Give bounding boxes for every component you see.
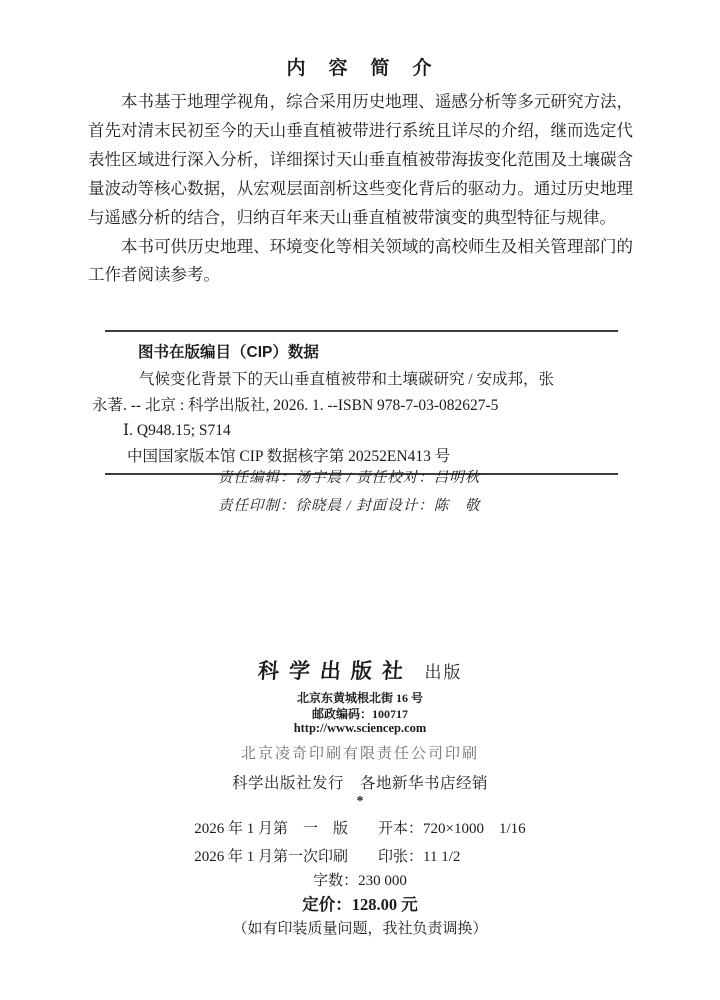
- staff-credits: 责任编辑：汤宇晨 / 责任校对：吕明秋 责任印制：徐晓晨 / 封面设计：陈 敬: [218, 464, 480, 520]
- cip-classification-line: Ⅰ. Q948.15; S714: [123, 418, 618, 444]
- separator-asterisk: *: [0, 794, 720, 810]
- science-press-logo: 科学出版社: [256, 655, 413, 685]
- intro-paragraph-2: 本书可供历史地理、环境变化等相关领域的高校师生及相关管理部门的工作者阅读参考。: [88, 233, 633, 291]
- word-count-line: 字数：230 000: [0, 869, 720, 890]
- publisher-postcode: 邮政编码：100717: [0, 705, 720, 722]
- publisher-address: 北京东黄城根北街 16 号: [0, 689, 720, 706]
- impression-line: 2026 年 1 月第一次印刷 印张：11 1/2: [194, 843, 525, 871]
- publisher-logo-line: 科学出版社 出版: [0, 655, 720, 685]
- publish-label: 出版: [425, 663, 463, 682]
- credits-printing-line: 责任印制：徐晓晨 / 封面设计：陈 敬: [218, 492, 480, 520]
- cip-publisher-isbn-line: 永著. -- 北京 : 科学出版社, 2026. 1. --ISBN 978-7…: [92, 393, 618, 419]
- printer-name: 北京凌奇印刷有限责任公司印刷: [0, 742, 720, 763]
- distribution-line: 科学出版社发行 各地新华书店经销: [0, 771, 720, 793]
- copyright-page: 内 容 简 介 本书基于地理学视角，综合采用历史地理、遥感分析等多元研究方法，首…: [0, 0, 720, 1000]
- quality-note-line: （如有印装质量问题，我社负责调换）: [0, 917, 720, 938]
- edition-info-block: 2026 年 1 月第 一 版 开本：720×1000 1/16 2026 年 …: [0, 815, 720, 871]
- price-line: 定价：128.00 元: [0, 891, 720, 915]
- book-introduction: 本书基于地理学视角，综合采用历史地理、遥感分析等多元研究方法，首先对清末民初至今…: [88, 88, 633, 290]
- cip-data-block: 图书在版编目（CIP）数据 气候变化背景下的天山垂直植被带和土壤碳研究 / 安成…: [105, 330, 618, 475]
- cip-heading: 图书在版编目（CIP）数据: [138, 340, 618, 362]
- credits-editor-line: 责任编辑：汤宇晨 / 责任校对：吕明秋: [218, 464, 480, 492]
- page-title: 内 容 简 介: [0, 53, 720, 80]
- edition-line: 2026 年 1 月第 一 版 开本：720×1000 1/16: [194, 815, 525, 843]
- cip-title-line: 气候变化背景下的天山垂直植被带和土壤碳研究 / 安成邦，张: [139, 367, 618, 393]
- publisher-website: http://www.sciencep.com: [0, 721, 720, 736]
- intro-paragraph-1: 本书基于地理学视角，综合采用历史地理、遥感分析等多元研究方法，首先对清末民初至今…: [88, 88, 633, 233]
